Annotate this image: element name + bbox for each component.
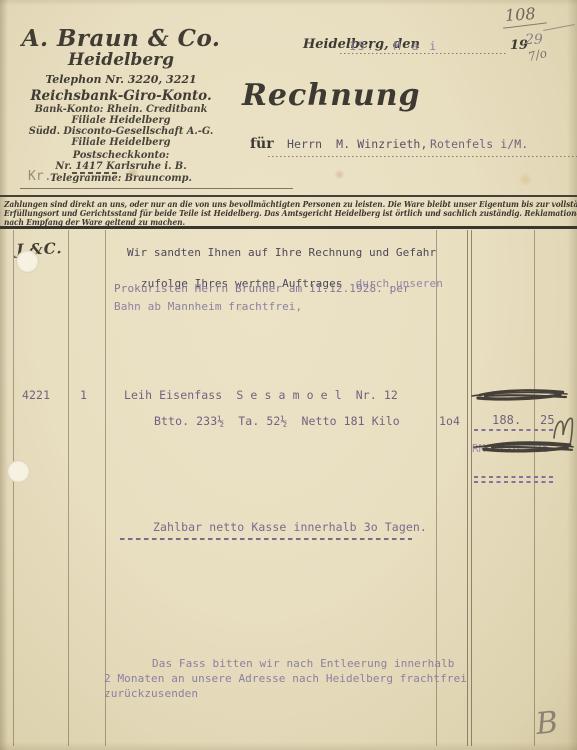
nr-label: Kr.: [28, 169, 52, 184]
table-column-rule: [534, 230, 535, 746]
body-line: Bahn ab Mannheim frachtfrei,: [114, 300, 302, 313]
pencil-scribble: [470, 387, 570, 403]
recipient-place: Rotenfels i/M.: [430, 137, 528, 151]
handwritten-page-number: 108: [504, 4, 536, 25]
recipient-ruled-line: [268, 156, 577, 157]
handwritten-year: 29: [525, 32, 543, 48]
date-ruled-line: [340, 53, 508, 54]
invoice-document: 108 A. Braun & Co. Heidelberg Telephon N…: [0, 0, 577, 750]
letterhead: A. Braun & Co. Heidelberg Telephon Nr. 3…: [8, 26, 234, 184]
item-description: Leih Eisenfass S e s a m o e l Nr. 12: [124, 388, 398, 402]
body-line: Prokuristen Herrn Brunner am 11.12.1928.…: [114, 282, 410, 295]
footer-line: 2 Monaten an unsere Adresse nach Heidelb…: [104, 672, 467, 685]
fuer-label: für: [250, 136, 274, 152]
postscheck-label: Postscheckkonto:: [8, 150, 234, 161]
bank-line: Filiale Heidelberg: [8, 115, 234, 126]
amount-dashed-line: [474, 429, 554, 431]
item-quantity: 1: [80, 388, 87, 402]
pencil-flourish: B: [534, 705, 560, 742]
pencil-stroke: [543, 24, 575, 31]
paper-stain: [334, 169, 345, 180]
paper-stain: [518, 172, 533, 187]
letterhead-flourish: [72, 172, 118, 174]
handwritten-fraction: 7/o: [527, 46, 549, 64]
paper-stain: [236, 303, 246, 313]
typed-date: 15. M a i: [349, 39, 438, 53]
company-city: Heidelberg: [8, 51, 234, 70]
footer-line: Das Fass bitten wir nach Entleerung inne…: [152, 657, 455, 670]
table-column-rule: [68, 230, 69, 746]
rule-thick: [0, 226, 577, 229]
bank-line: Bank-Konto: Rhein. Creditbank: [8, 104, 234, 115]
document-title: Rechnung: [242, 78, 421, 113]
recipient-name: Herrn M. Winzrieth,: [287, 137, 427, 151]
table-column-rule: [471, 230, 472, 746]
item-unit-price: 1o4: [439, 414, 460, 428]
punch-hole: [7, 460, 30, 483]
payment-terms: Zahlbar netto Kasse innerhalb 3o Tagen.: [153, 520, 427, 534]
total-double-dash: [474, 476, 554, 478]
company-name: A. Braun & Co.: [8, 26, 234, 51]
bank-title: Reichsbank-Giro-Konto.: [8, 88, 234, 104]
rule-thin: [0, 195, 577, 197]
telephone-line: Telephon Nr. 3220, 3221: [8, 72, 234, 87]
nr-ruled-line: [20, 188, 293, 189]
table-column-rule: [105, 230, 106, 746]
punch-hole: [16, 250, 39, 273]
table-column-rule: [13, 230, 14, 746]
table-column-rule: [467, 230, 468, 746]
payment-dashed-underline: [120, 538, 412, 540]
bank-line: Südd. Disconto-Gesellschaft A.-G.: [8, 126, 234, 137]
body-line: Wir sandten Ihnen auf Ihre Rechnung und …: [127, 246, 436, 259]
bank-line: Filiale Heidelberg: [8, 137, 234, 148]
total-double-dash: [474, 481, 554, 483]
paper-stain: [127, 167, 139, 179]
item-number: 4221: [22, 388, 50, 402]
item-amount-mark: 188.: [492, 413, 521, 427]
pencil-scribble: [472, 437, 576, 457]
item-weights: Btto. 233½ Ta. 52½ Netto 181 Kilo: [154, 414, 400, 428]
footer-line: zurückzusenden: [104, 687, 198, 700]
